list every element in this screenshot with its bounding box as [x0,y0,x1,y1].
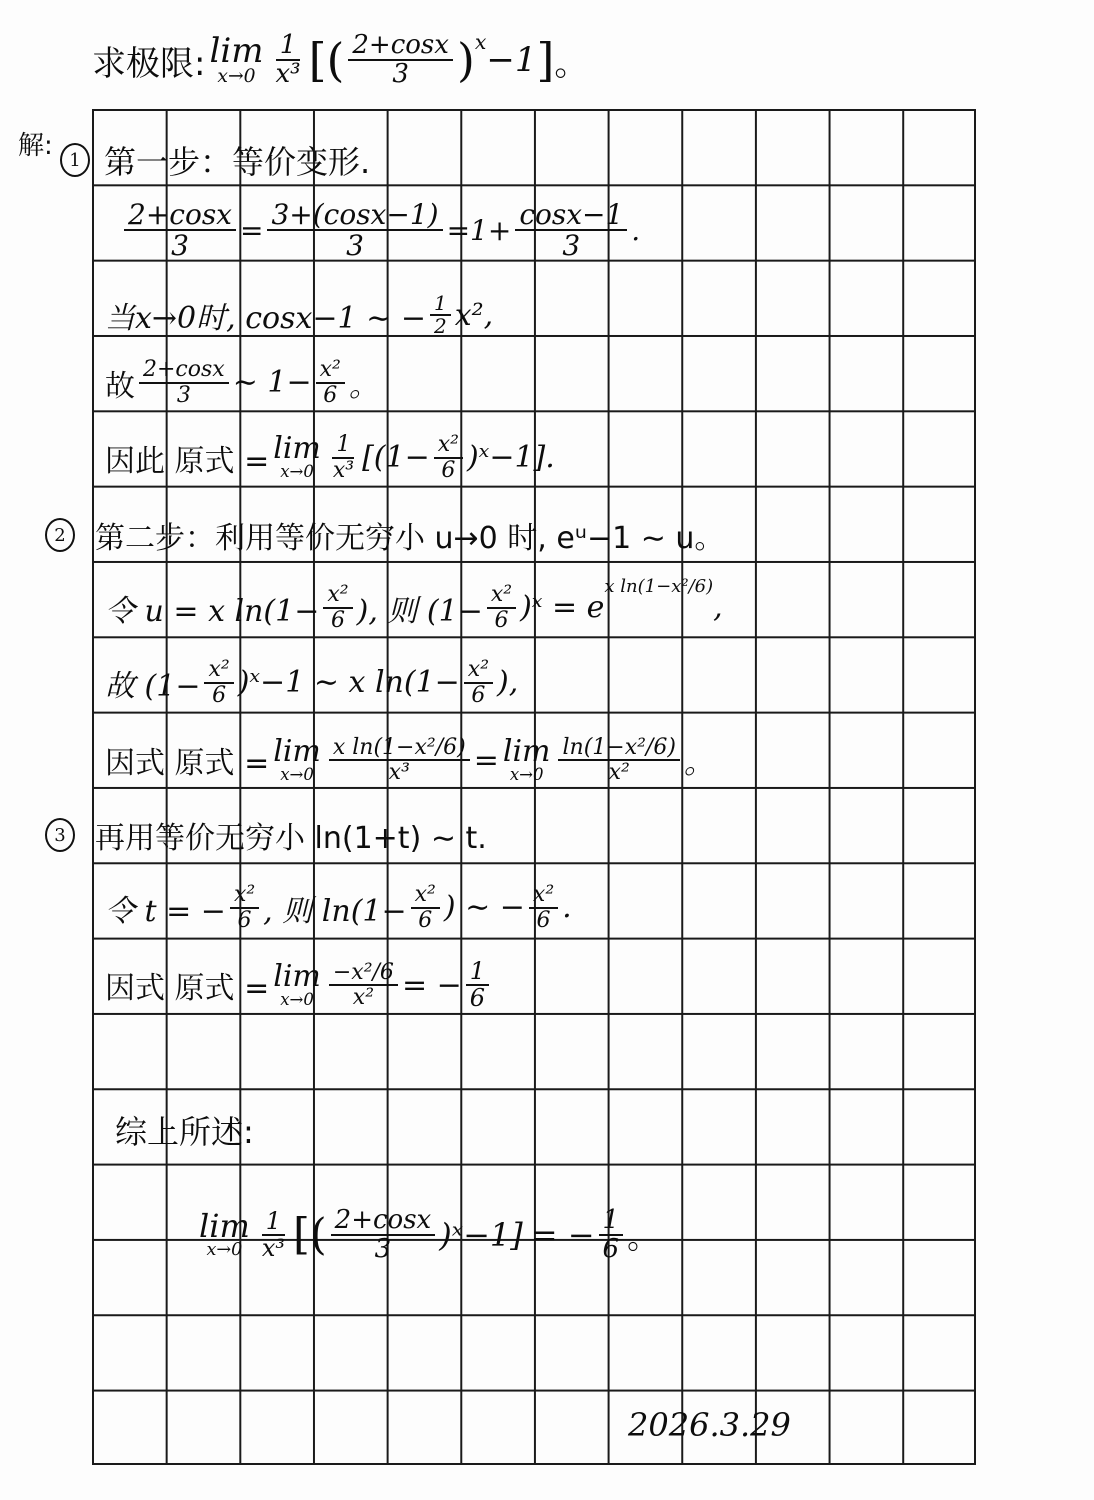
step1-line3: 故 2+cosx3 ∼ 1− x²6 。 [105,345,379,420]
step3-line2: 令 t = − x²6 , 则 ln(1− x²6 ) ∼ − x²6 . [105,870,572,945]
problem-statement: 求极限: lim x→0 1 x³ [ ( 2+cosx 3 ) x −1 ] … [92,20,588,100]
problem-prefix: 求极限: [92,36,205,85]
step1-line4: 因此 原式 = limx→0 1x³ [(1− x²6 )ˣ−1]. [105,420,555,495]
step1-title: 1 第一步：等价变形. [60,130,370,190]
step1-line2: 当x→0时, cosx−1 ∼ − 12 x², [105,285,493,345]
step2-line4: 因式 原式 = limx→0 x ln(1−x²/6)x³ = limx→0 l… [105,720,714,800]
step3-line3: 因式 原式 = limx→0 −x²/6x² = − 16 [105,945,493,1025]
conclusion-label: 综上所述: [115,1100,254,1160]
step2-marker: 2 [45,518,75,552]
step2-title: 2 第二步：利用等价无穷小 u→0 时, eᵘ−1 ∼ u。 [45,505,724,565]
step3-title: 3 再用等价无穷小 ln(1+t) ∼ t. [45,805,487,865]
solution-label: 解: [18,125,53,162]
step3-marker: 3 [45,818,75,852]
problem-frac-2: 2+cosx 3 [348,32,453,89]
date: 2026.3.29 [628,1395,791,1455]
conclusion-result: limx→0 1x³ [( 2+cosx3 )ˣ−1] = − 16 。 [195,1185,659,1285]
step2-line2: 令 u = x ln(1− x²6 ), 则 (1− x²6 )ˣ = e x … [105,570,723,645]
problem-limit: lim x→0 [209,34,263,87]
step1-marker: 1 [60,143,90,177]
step1-equation: 2+cosx3 = 3+(cosx−1)3 =1+ cosx−13 . [120,190,640,270]
notebook-page: 求极限: lim x→0 1 x³ [ ( 2+cosx 3 ) x −1 ] … [0,0,1094,1500]
problem-frac-1: 1 x³ [271,32,304,89]
step2-line3: 故 (1− x²6 )ˣ−1 ∼ x ln(1− x²6 ), [105,645,518,720]
